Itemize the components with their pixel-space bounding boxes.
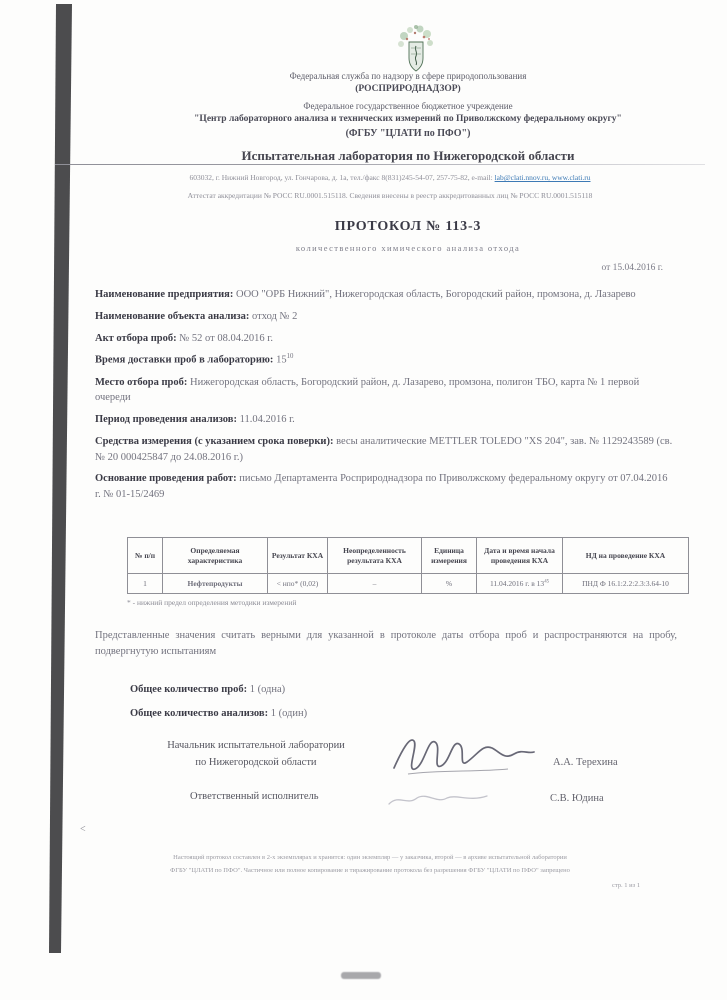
total-samples-label: Общее количество проб: xyxy=(130,684,247,695)
address-line: 603032, г. Нижний Новгород, ул. Гончаров… xyxy=(60,169,720,187)
field-sampling-act: Акт отбора проб: № 52 от 08.04.2016 г. xyxy=(95,331,675,347)
bottom-scan-smudge xyxy=(341,972,381,979)
col-header-unit: Единица измерения xyxy=(422,538,477,574)
scanned-protocol-page: Федеральная служба по надзору в сфере пр… xyxy=(0,0,727,1000)
document-date: от 15.04.2016 г. xyxy=(602,263,663,273)
laboratory-name: Испытательная лаборатория по Нижегородск… xyxy=(70,148,727,164)
document-title: ПРОТОКОЛ № 113-3 xyxy=(70,219,727,235)
col-header-nd: НД на проведение КХА xyxy=(563,538,689,574)
total-samples-value: 1 (одна) xyxy=(250,684,285,695)
cell-nd: ПНД Ф 16.1:2.2:2.3:3.64-10 xyxy=(563,574,689,594)
address-block: 603032, г. Нижний Новгород, ул. Гончаров… xyxy=(60,169,720,205)
field-analysis-object: Наименование объекта анализа: отход № 2 xyxy=(95,309,675,325)
field-label: Наименование объекта анализа: xyxy=(95,311,249,322)
field-value: отход № 2 xyxy=(252,311,297,322)
table-footnote: * - нижний предел определения методики и… xyxy=(127,598,688,607)
institution-type: Федеральное государственное бюджетное уч… xyxy=(70,101,727,112)
agency-abbr: (РОСПРИРОДНАДЗОР) xyxy=(70,84,727,96)
table-row: 1 Нефтепродукты < нпо* (0,02) – % 11.04.… xyxy=(128,574,689,594)
field-value: 11.04.2016 г. xyxy=(240,414,295,425)
field-value: ООО "ОРБ Нижний", Нижегородская область,… xyxy=(236,289,636,300)
field-enterprise: Наименование предприятия: ООО "ОРБ Нижни… xyxy=(95,287,675,303)
field-label: Место отбора проб: xyxy=(95,377,187,388)
address-text: 603032, г. Нижний Новгород, ул. Гончаров… xyxy=(189,173,492,182)
field-sampling-place: Место отбора проб: Нижегородская область… xyxy=(95,375,675,407)
table-header-row: № п/п Определяемая характеристика Резуль… xyxy=(128,538,689,574)
footer-note: Настоящий протокол составлен в 2-х экзем… xyxy=(55,851,685,877)
cell-datetime: 11.04.2016 г. в 1345 xyxy=(477,574,563,594)
letterhead: Федеральная служба по надзору в сфере пр… xyxy=(70,71,727,164)
results-table-section: № п/п Определяемая характеристика Резуль… xyxy=(127,537,688,607)
field-label: Средства измерения (с указанием срока по… xyxy=(95,436,333,447)
field-label: Наименование предприятия: xyxy=(95,289,233,300)
head-signature-scrawl xyxy=(388,728,538,780)
head-signature-label-line2: по Нижегородской области xyxy=(122,755,390,772)
agency-name: Федеральная служба по надзору в сфере пр… xyxy=(70,71,727,82)
total-analyses: Общее количество анализов: 1 (один) xyxy=(130,706,307,722)
total-analyses-label: Общее количество анализов: xyxy=(130,708,268,719)
field-label: Время доставки проб в лабораторию: xyxy=(95,355,273,366)
institution-abbr: (ФГБУ "ЦЛАТИ по ПФО") xyxy=(70,128,727,141)
cell-num: 1 xyxy=(128,574,163,594)
field-value-sup: 10 xyxy=(287,353,294,360)
field-label: Период проведения анализов: xyxy=(95,414,237,425)
head-signature-name: А.А. Терехина xyxy=(553,757,618,768)
head-signature-label-line1: Начальник испытательной лаборатории xyxy=(122,738,390,755)
cell-datetime-sup: 45 xyxy=(544,579,549,584)
accreditation-line: Аттестат аккредитации № РОСС RU.0001.515… xyxy=(60,187,720,205)
executor-signature-scrawl xyxy=(385,786,495,812)
field-measuring-instruments: Средства измерения (с указанием срока по… xyxy=(95,434,675,466)
email-link: lab@clati.nnov.ru, www.clati.ru xyxy=(495,173,591,182)
cell-uncertainty: – xyxy=(328,574,422,594)
head-signature-label: Начальник испытательной лаборатории по Н… xyxy=(122,738,390,772)
total-samples: Общее количество проб: 1 (одна) xyxy=(130,682,307,698)
totals-block: Общее количество проб: 1 (одна) Общее ко… xyxy=(130,682,307,730)
total-analyses-value: 1 (один) xyxy=(271,708,307,719)
cell-datetime-text: 11.04.2016 г. в 13 xyxy=(490,579,544,588)
institution-name: "Центр лабораторного анализа и техническ… xyxy=(70,114,727,126)
document-subtitle: количественного химического анализа отхо… xyxy=(70,243,727,253)
executor-signature-name: С.В. Юдина xyxy=(550,793,604,804)
header-divider xyxy=(55,164,705,165)
results-table: № п/п Определяемая характеристика Резуль… xyxy=(127,537,689,594)
cell-result: < нпо* (0,02) xyxy=(268,574,328,594)
field-work-basis: Основание проведения работ: письмо Депар… xyxy=(95,471,675,503)
col-header-result: Результат КХА xyxy=(268,538,328,574)
cell-unit: % xyxy=(422,574,477,594)
stray-scan-mark: < xyxy=(80,824,86,835)
field-analysis-period: Период проведения анализов: 11.04.2016 г… xyxy=(95,412,675,428)
coat-of-arms-emblem xyxy=(394,24,438,76)
title-block: ПРОТОКОЛ № 113-3 количественного химичес… xyxy=(70,219,727,253)
field-delivery-time: Время доставки проб в лабораторию: 1510 xyxy=(95,352,675,368)
cell-characteristic: Нефтепродукты xyxy=(163,574,268,594)
field-value: № 52 от 08.04.2016 г. xyxy=(179,333,273,344)
col-header-characteristic: Определяемая характеристика xyxy=(163,538,268,574)
col-header-num: № п/п xyxy=(128,538,163,574)
page-number: стр. 1 из 1 xyxy=(612,882,640,889)
protocol-fields: Наименование предприятия: ООО "ОРБ Нижни… xyxy=(95,287,675,509)
validity-statement: Представленные значения считать верными … xyxy=(95,628,677,661)
executor-signature-label: Ответственный исполнитель xyxy=(190,791,319,802)
field-label: Основание проведения работ: xyxy=(95,473,237,484)
col-header-uncertainty: Неопределенность результата КХА xyxy=(328,538,422,574)
footer-line2: ФГБУ "ЦЛАТИ по ПФО". Частичное или полно… xyxy=(55,864,685,877)
footer-line1: Настоящий протокол составлен в 2-х экзем… xyxy=(55,851,685,864)
col-header-datetime: Дата и время начала проведения КХА xyxy=(477,538,563,574)
field-value: 15 xyxy=(276,355,287,366)
field-label: Акт отбора проб: xyxy=(95,333,177,344)
